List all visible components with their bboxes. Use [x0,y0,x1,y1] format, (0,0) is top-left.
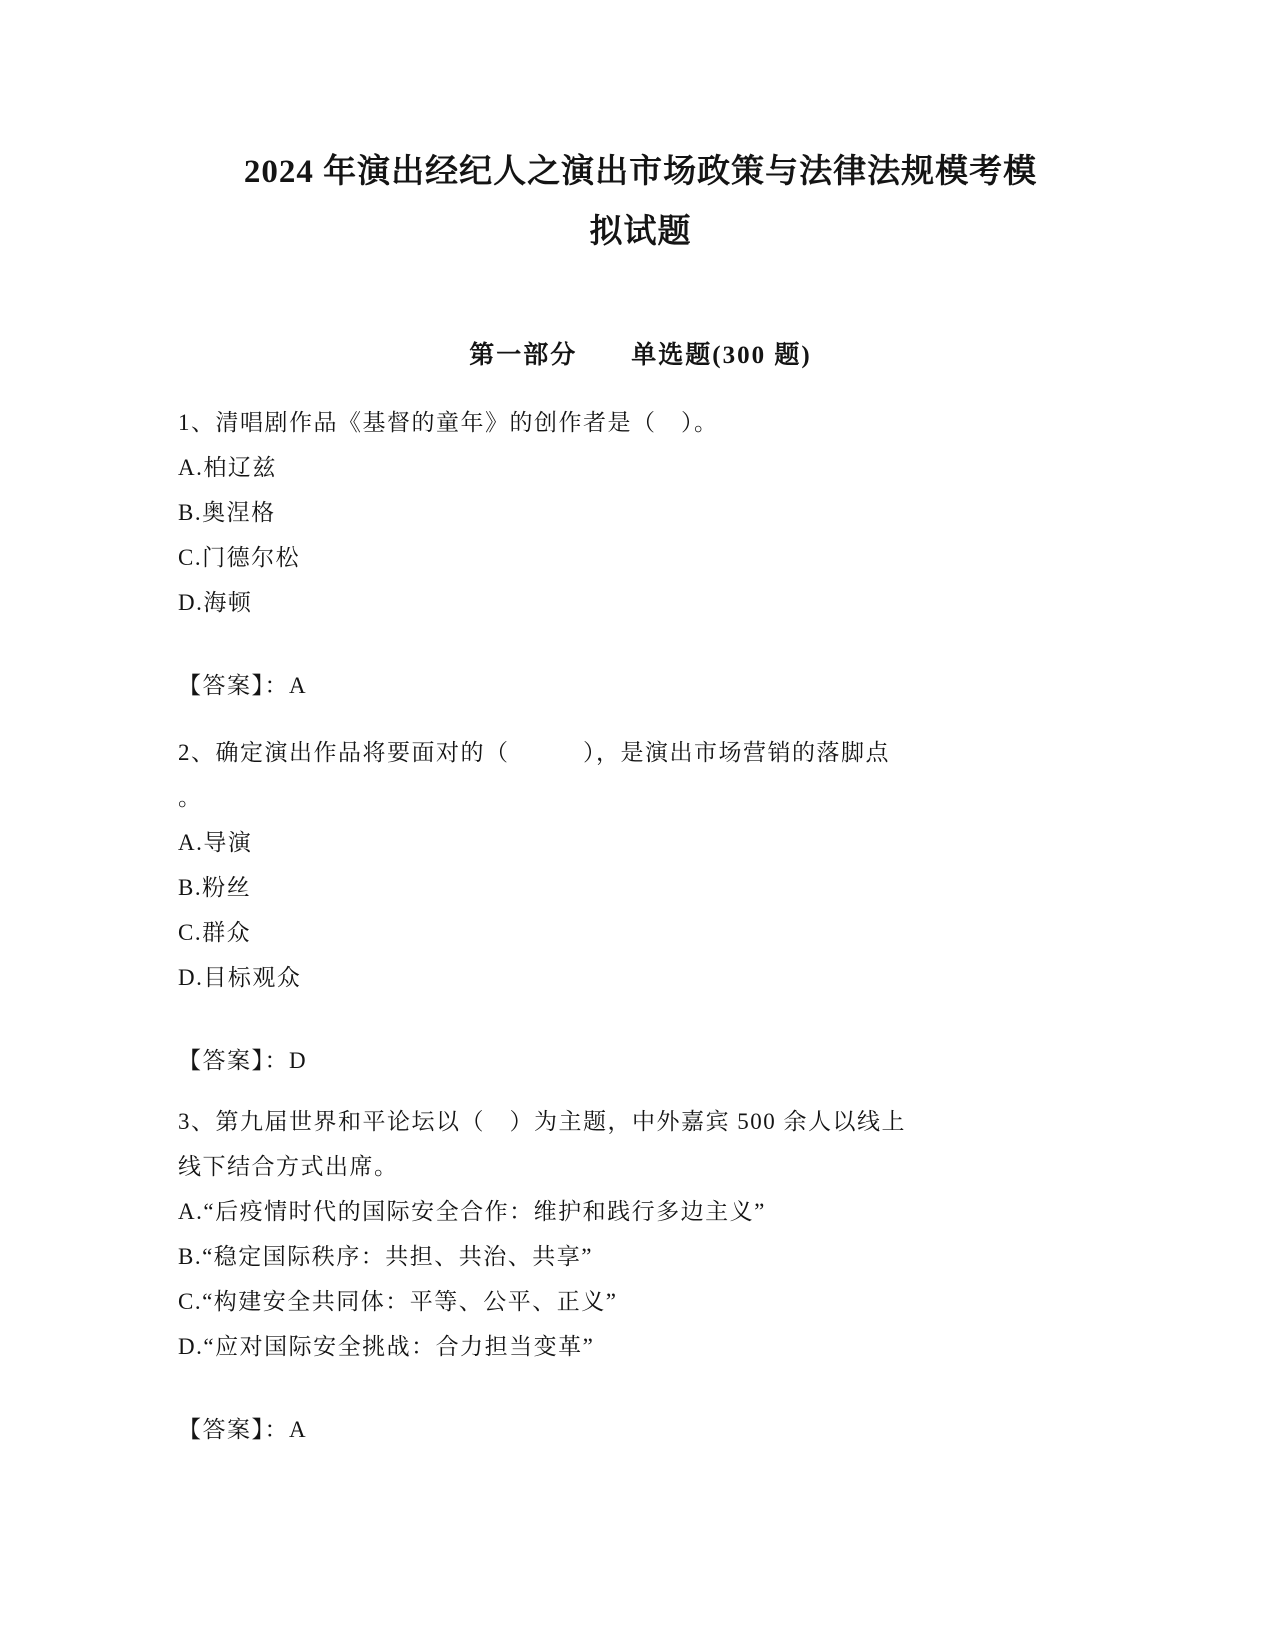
question-1-stem: 1、清唱剧作品《基督的童年》的创作者是（ ）。 [178,400,1103,445]
question-1-option-d: D.海顿 [178,580,1103,625]
question-3-option-a: A.“后疫情时代的国际安全合作：维护和践行多边主义” [178,1189,1103,1234]
question-3-option-c: C.“构建安全共同体：平等、公平、正义” [178,1279,1103,1324]
question-3: 3、第九届世界和平论坛以（ ）为主题，中外嘉宾 500 余人以线上 线下结合方式… [178,1099,1103,1452]
question-1-option-a: A.柏辽兹 [178,445,1103,490]
question-2: 2、确定演出作品将要面对的（ ），是演出市场营销的落脚点 。 A.导演 B.粉丝… [178,730,1103,1083]
question-2-answer: 【答案】：D [178,1038,1103,1083]
section-header: 第一部分 单选题(300 题) [178,338,1103,374]
question-2-stem: 2、确定演出作品将要面对的（ ），是演出市场营销的落脚点 。 [178,730,1103,820]
question-2-option-a: A.导演 [178,820,1103,865]
document-page: 2024 年演出经纪人之演出市场政策与法律法规模考模 拟试题 第一部分 单选题(… [0,0,1275,1650]
question-1: 1、清唱剧作品《基督的童年》的创作者是（ ）。 A.柏辽兹 B.奥涅格 C.门德… [178,400,1103,708]
question-2-option-d: D.目标观众 [178,955,1103,1000]
question-3-option-b: B.“稳定国际秩序：共担、共治、共享” [178,1234,1103,1279]
question-3-option-d: D.“应对国际安全挑战：合力担当变革” [178,1324,1103,1369]
question-3-answer: 【答案】：A [178,1407,1103,1452]
document-title: 2024 年演出经纪人之演出市场政策与法律法规模考模 拟试题 [178,0,1103,262]
question-1-option-b: B.奥涅格 [178,490,1103,535]
question-2-option-c: C.群众 [178,910,1103,955]
question-1-option-c: C.门德尔松 [178,535,1103,580]
question-2-option-b: B.粉丝 [178,865,1103,910]
question-3-stem: 3、第九届世界和平论坛以（ ）为主题，中外嘉宾 500 余人以线上 线下结合方式… [178,1099,1103,1189]
question-1-answer: 【答案】：A [178,663,1103,708]
